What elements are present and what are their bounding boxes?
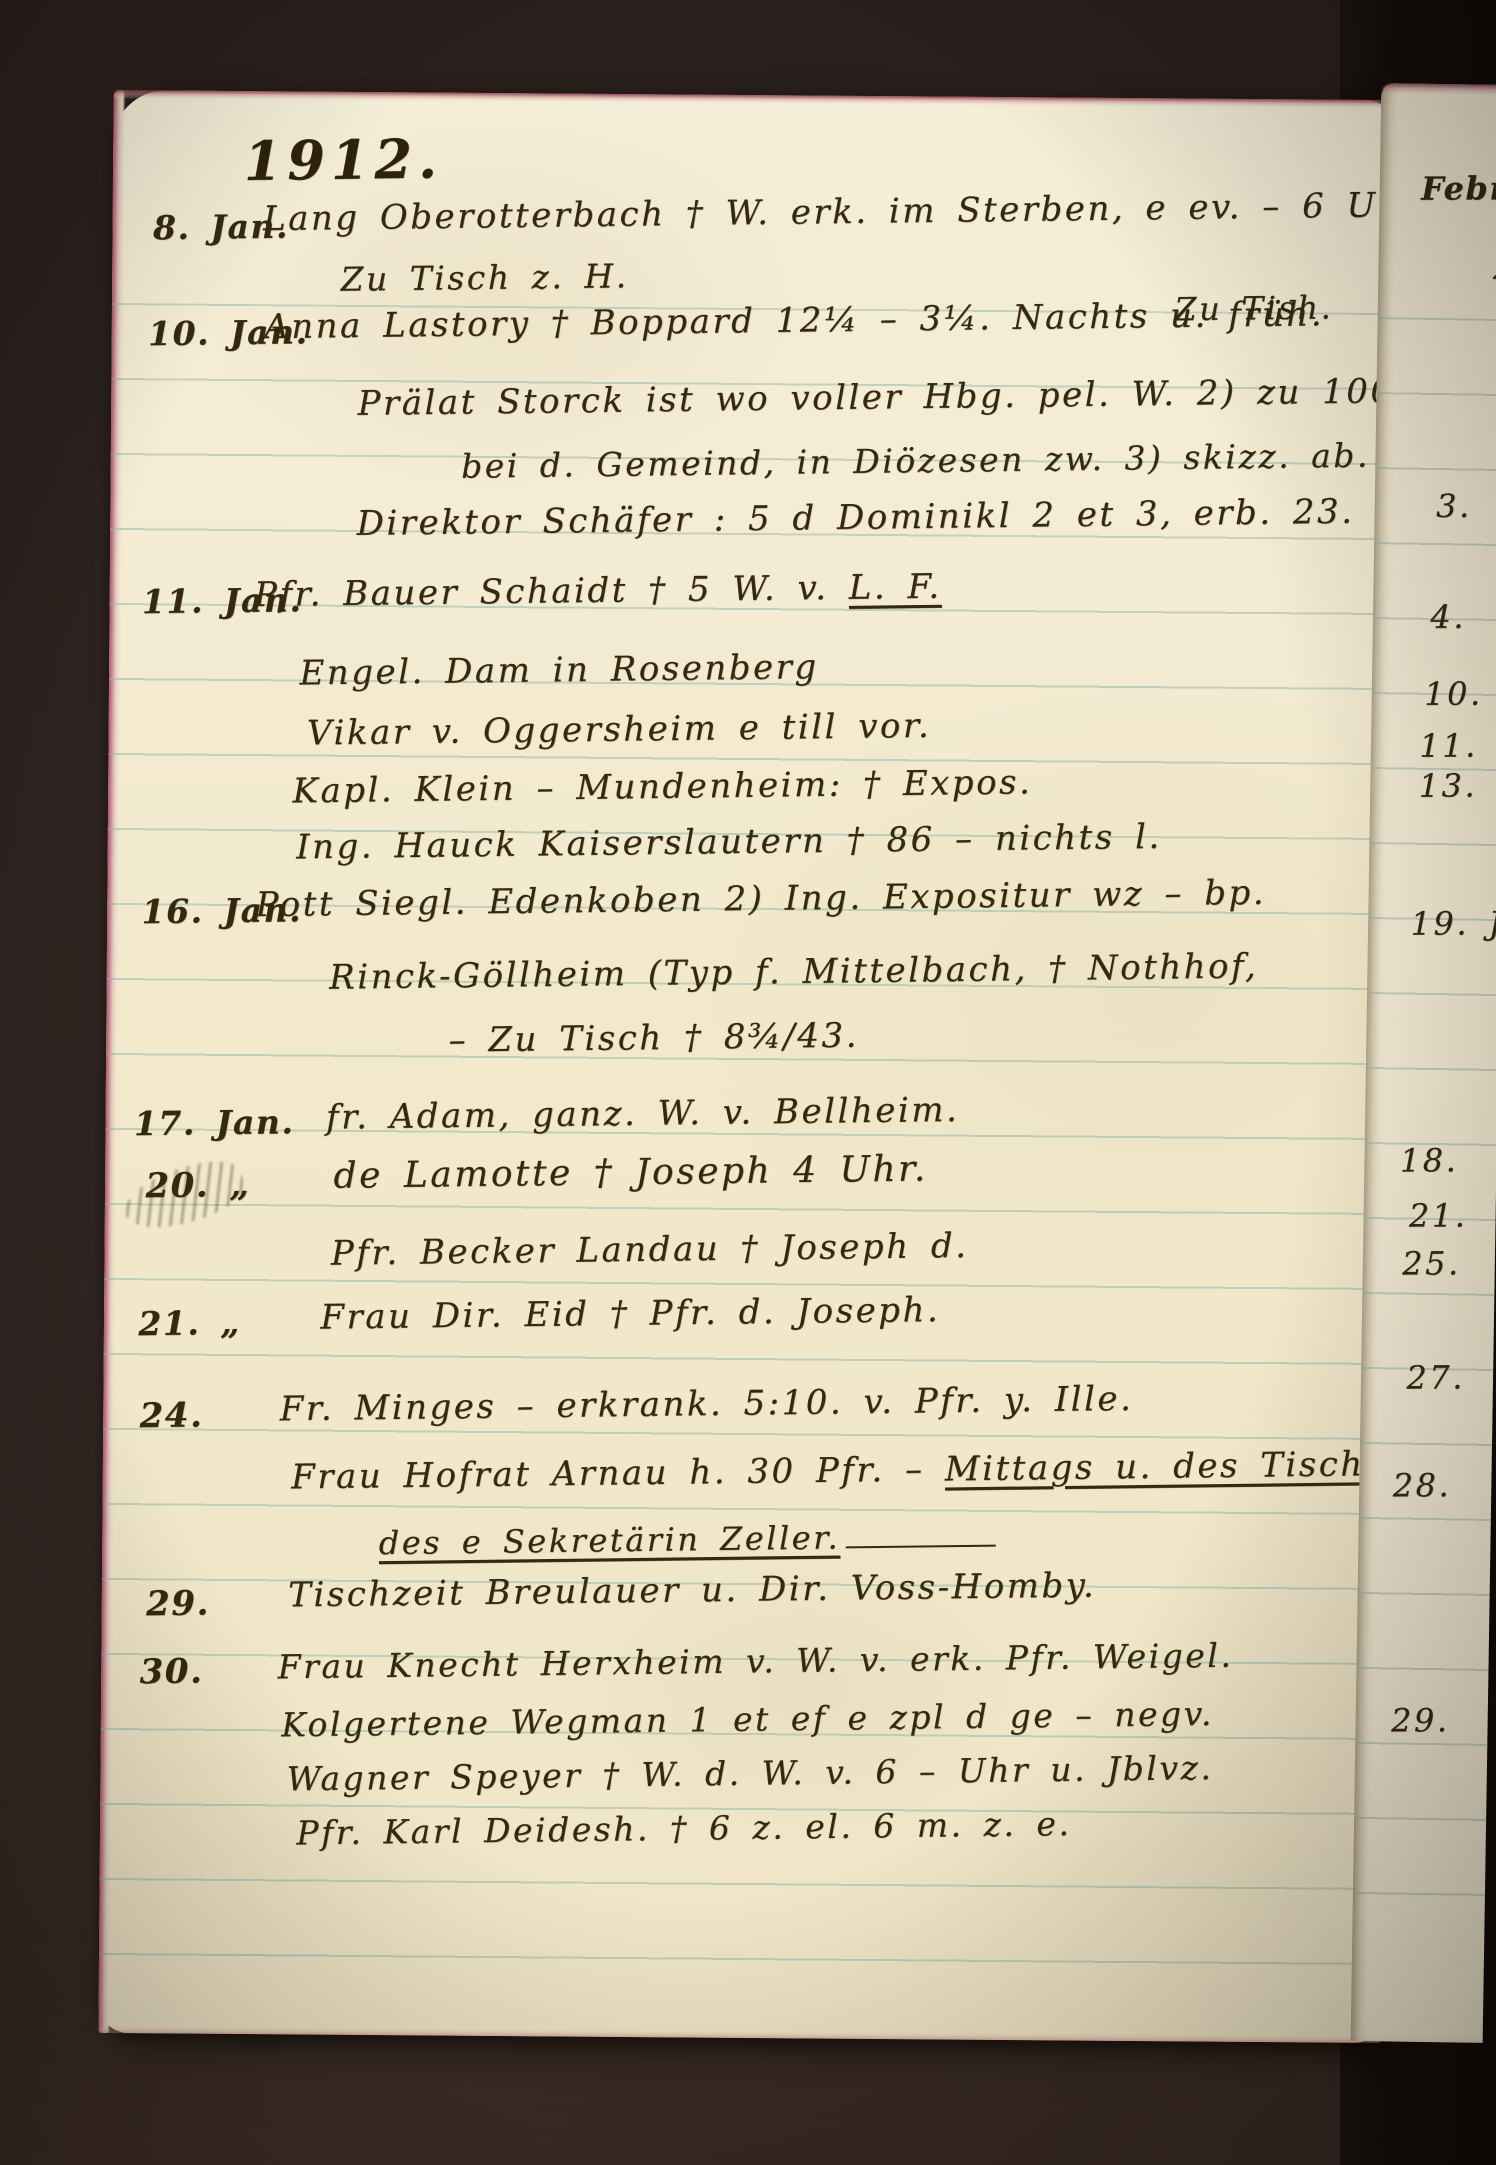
entry-date: 17. Jan. [134,1102,295,1143]
year-heading: 1912. [243,127,443,193]
entry-date: 21. „ [138,1303,241,1343]
diary-left-page: 1912. 8. Jan. Lang Oberotterbach † W. er… [98,90,1395,2043]
day-number: 27. [1406,1358,1465,1396]
entry-text: Pfr. Bauer Schaidt † 5 W. v. L. F. [254,567,942,615]
page-edge-tint [98,2026,1380,2043]
entry-text: Pfr. Becker Landau † Joseph d. [331,1226,969,1274]
day-number: 18. [1400,1141,1459,1179]
day-number: 21. [1409,1196,1468,1234]
day-number: 13. [1419,766,1478,804]
entry-date: 29. [146,1584,210,1625]
entry-text: de Lamotte † Joseph 4 Uhr. [333,1148,928,1196]
underline-stroke [846,1513,996,1549]
entry-text: Engel. Dam in Rosenberg [299,647,819,693]
entry-text: des e Sekretärin Zeller. [378,1513,996,1563]
entry-date: 30. [139,1651,203,1692]
day-number: 29. [1391,1701,1450,1739]
entry-text: Vikar v. Oggersheim e till vor. [307,706,932,754]
entry-text-underlined: Mittags u. des Tisch – [945,1444,1405,1490]
entry-text-underlined: des e Sekretärin Zeller. [378,1518,840,1562]
day-number: 3. [1436,487,1472,525]
notebook-photo: 1912. 8. Jan. Lang Oberotterbach † W. er… [0,0,1496,2165]
day-number: 11. [1419,727,1478,765]
entry-text-underlined: L. F. [849,567,942,608]
day-number: 19. J [1410,904,1496,942]
day-number: 25. [1402,1244,1461,1282]
day-number: 4. [1430,598,1466,636]
entry-date: 20. „ [145,1165,251,1206]
ruled-lines [1352,317,1496,1939]
entry-date: 24. [139,1395,203,1436]
entry-text-part: Frau Hofrat Arnau h. 30 Pfr. – [291,1449,945,1497]
entry-text: Zu Tisch z. H. [340,256,628,299]
month-heading: Febr. [1421,169,1496,207]
entry-text: – Zu Tisch † 8¾/43. [448,1016,859,1061]
day-number: 28. [1393,1466,1452,1504]
entry-text: Frau Dir. Eid † Pfr. d. Joseph. [320,1290,940,1338]
entry-text-part: Pfr. Bauer Schaidt † 5 W. v. [254,568,849,615]
entry-text: Lang Oberotterbach † W. erk. im Sterben,… [263,185,1421,239]
entry-text: fr. Adam, ganz. W. v. Bellheim. [326,1090,960,1138]
day-number: 10. [1424,675,1483,713]
